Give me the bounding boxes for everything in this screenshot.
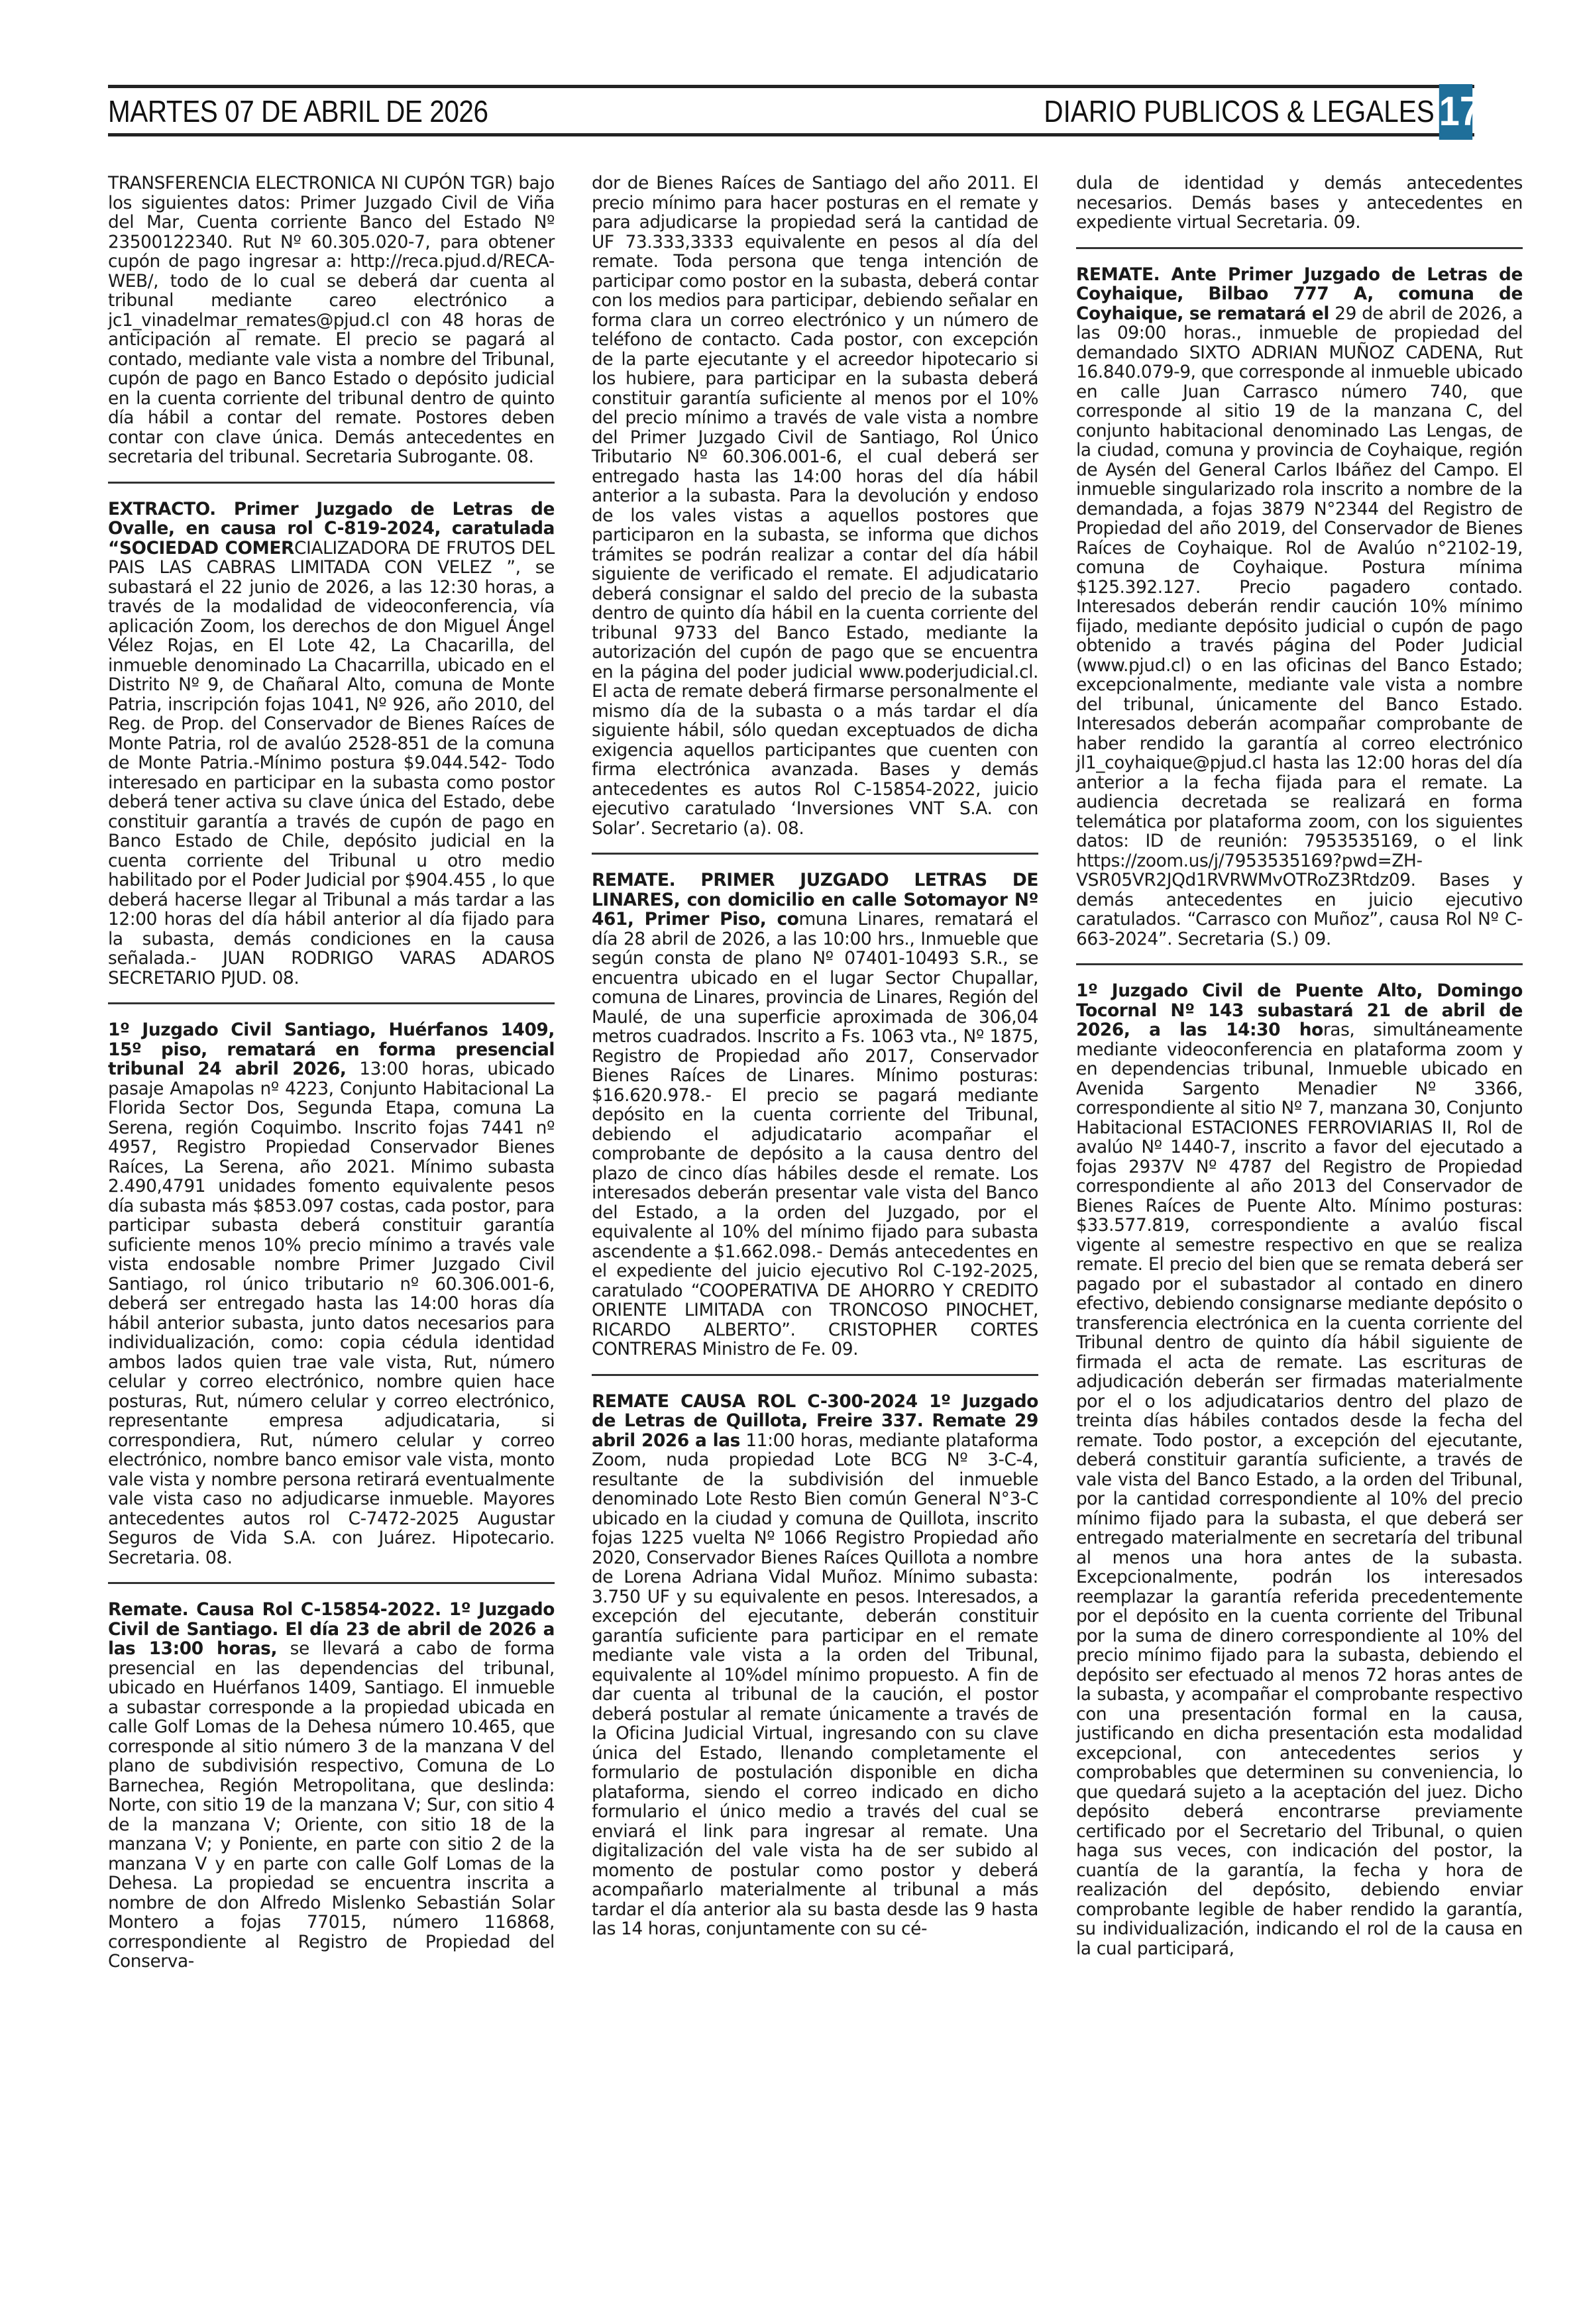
issue-date: MARTES 07 DE ABRIL DE 2026 <box>108 93 488 129</box>
notice-body: CIALIZADORA DE FRUTOS DEL PAIS LAS CABRA… <box>108 538 555 988</box>
notice-divider <box>108 482 555 484</box>
notice-body: dor de Bienes Raíces de Santiago del año… <box>592 173 1038 839</box>
notice-extracto-ovalle: EXTRACTO. Primer Juzgado de Letras de Ov… <box>108 500 555 988</box>
notice-remate-c-15854-2022: Remate. Causa Rol C-15854-2022. 1º Juzga… <box>108 1600 555 1972</box>
column-3: dula de identidad y demás antecedentes n… <box>1076 174 1523 1958</box>
notice-body: 13:00 horas, ubicado pasaje Amapolas nº … <box>108 1059 555 1568</box>
notice-divider <box>1076 247 1523 249</box>
notice-body: ras, simultáneamente mediante videoconfe… <box>1076 1020 1523 1959</box>
column-1: TRANSFERENCIA ELECTRONICA NI CUPÓN TGR) … <box>108 174 555 1972</box>
page-header: MARTES 07 DE ABRIL DE 2026 DIARIO PUBLIC… <box>108 85 1474 136</box>
notice-continued-quillota: dula de identidad y demás antecedentes n… <box>1076 174 1523 233</box>
publication-name: DIARIO PUBLICOS & LEGALES <box>1044 93 1435 129</box>
notice-juzgado-puente-alto: 1º Juzgado Civil de Puente Alto, Domingo… <box>1076 981 1523 1958</box>
notice-body: TRANSFERENCIA ELECTRONICA NI CUPÓN TGR) … <box>108 173 555 467</box>
notice-remate-linares: REMATE. PRIMER JUZGADO LETRAS DE LINARES… <box>592 871 1038 1359</box>
notice-juzgado-civil-santiago: 1º Juzgado Civil Santiago, Huérfanos 140… <box>108 1020 555 1567</box>
notice-body: 29 de abril de 2026, a las 09:00 horas.,… <box>1076 303 1523 949</box>
notice-divider <box>1076 963 1523 965</box>
notice-body: dula de identidad y demás antecedentes n… <box>1076 173 1523 233</box>
notice-remate-coyhaique: REMATE. Ante Primer Juzgado de Letras de… <box>1076 265 1523 949</box>
notice-remate-quillota: REMATE CAUSA ROL C-300-2024 1º Juzgado d… <box>592 1392 1038 1939</box>
column-2: dor de Bienes Raíces de Santiago del año… <box>592 174 1038 1939</box>
notice-body: 11:00 horas, mediante plataforma Zoom, n… <box>592 1430 1038 1940</box>
notice-continued-vina-del-mar: TRANSFERENCIA ELECTRONICA NI CUPÓN TGR) … <box>108 174 555 467</box>
notice-divider <box>108 1582 555 1584</box>
notice-divider <box>592 853 1038 855</box>
notice-body: se llevará a cabo de forma presencial en… <box>108 1638 555 1972</box>
page-number-badge: 17 <box>1439 84 1472 140</box>
notice-body: muna Linares, rematará el día 28 abril d… <box>592 909 1038 1359</box>
notice-divider <box>108 1002 555 1004</box>
notice-continued-c-15854-2022: dor de Bienes Raíces de Santiago del año… <box>592 174 1038 838</box>
notice-divider <box>592 1374 1038 1376</box>
